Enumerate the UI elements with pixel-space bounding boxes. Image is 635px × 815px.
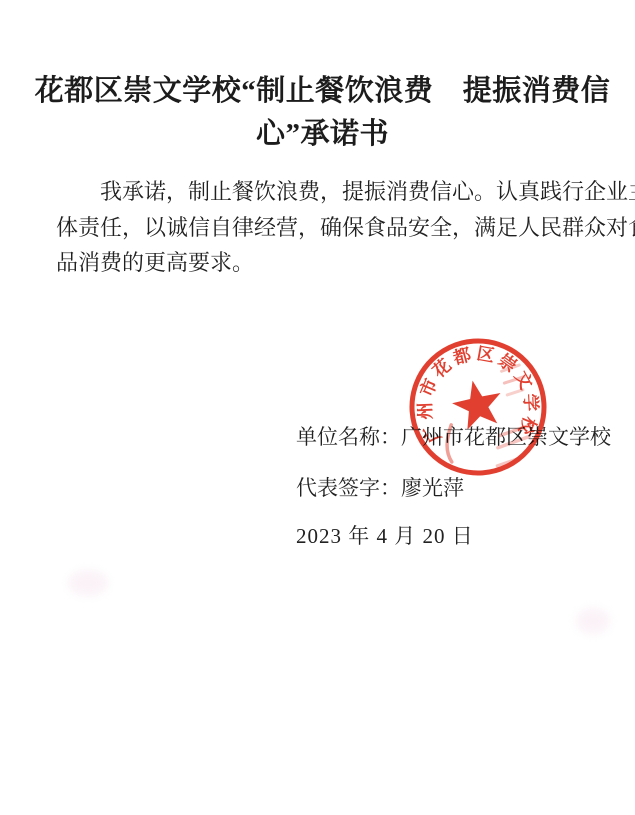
unit-name-label: 单位名称： [296,425,401,449]
seal-star-icon [451,379,503,431]
paragraph-line: 体责任，以诚信自律经营，确保食品安全，满足人民群众对食 [56,210,599,246]
official-seal: 广州市花都区崇文学校 [398,327,558,487]
document-title: 花都区崇文学校“制止餐饮浪费 提振消费信 心”承诺书 [30,70,615,156]
representative-signature-label: 代表签字： [296,476,401,500]
paragraph-line: 品消费的更高要求。 [56,245,599,281]
paragraph-line: 我承诺，制止餐饮浪费，提振消费信心。认真践行企业主 [56,174,599,210]
ink-ghost-smudge [576,608,610,634]
title-line-1: 花都区崇文学校“制止餐饮浪费 提振消费信 [30,70,615,113]
date-line: 2023 年 4 月 20 日 [296,520,474,550]
title-line-2: 心”承诺书 [30,113,615,156]
document-page: 花都区崇文学校“制止餐饮浪费 提振消费信 心”承诺书 我承诺，制止餐饮浪费，提振… [0,0,635,815]
body-paragraph: 我承诺，制止餐饮浪费，提振消费信心。认真践行企业主 体责任，以诚信自律经营，确保… [56,174,599,281]
ink-ghost-smudge [68,570,108,596]
